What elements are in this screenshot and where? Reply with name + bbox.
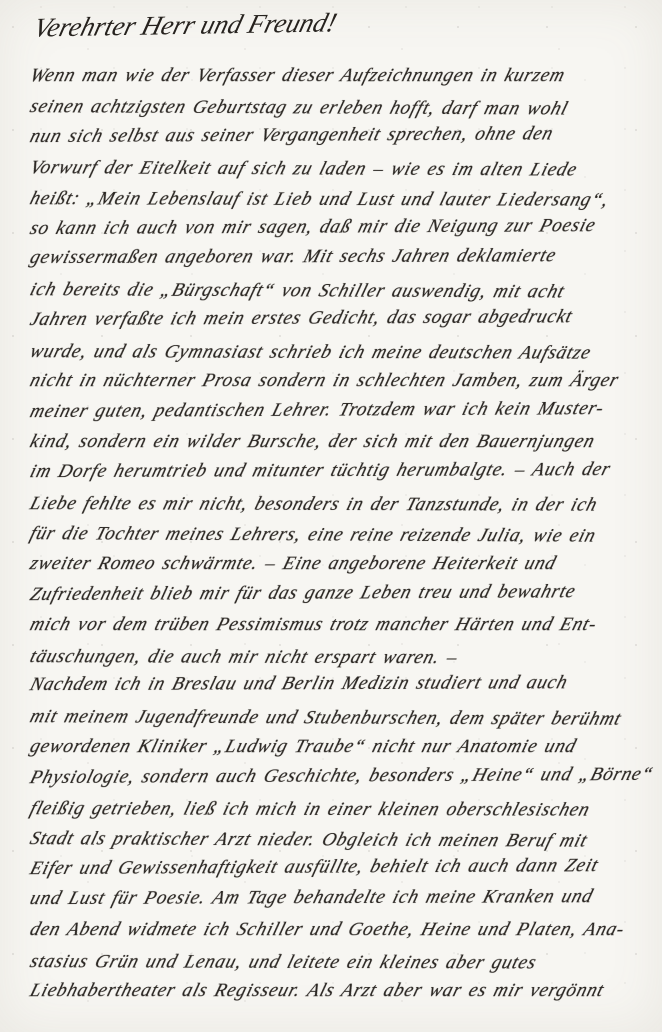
handwritten-line: stasius Grün und Lenau, und leitete ein …	[26, 947, 652, 979]
handwritten-text: Zufriedenheit blieb mir für das ganze Le…	[26, 577, 579, 610]
handwritten-text: Vorwurf der Eitelkeit auf sich zu laden …	[26, 153, 581, 186]
handwritten-line: Vorwurf der Eitelkeit auf sich zu laden …	[26, 153, 652, 186]
handwritten-line: gewissermaßen angeboren war. Mit sechs J…	[26, 241, 652, 274]
handwritten-line: fleißig getrieben, ließ ich mich in eine…	[26, 794, 652, 826]
handwritten-line: im Dorfe herumtrieb und mitunter tüchtig…	[26, 454, 652, 487]
handwritten-line: so kann ich auch von mir sagen, daß mir …	[26, 210, 652, 244]
handwritten-text: Jahren verfaßte ich mein erstes Gedicht,…	[26, 302, 576, 335]
handwritten-line: kind, sondern ein wilder Bursche, der si…	[26, 427, 652, 458]
handwritten-line: Nachdem ich in Breslau und Berlin Medizi…	[26, 668, 652, 701]
handwritten-line: nicht in nüchterner Prosa sondern in sch…	[26, 366, 652, 397]
handwritten-line: Liebhabertheater als Regisseur. Als Arzt…	[26, 976, 652, 1007]
handwritten-line: zweiter Romeo schwärmte. – Eine angebore…	[26, 549, 652, 580]
letter-page: Verehrter Herr und Freund! Wenn man wie …	[0, 0, 662, 1032]
handwritten-text: zweiter Romeo schwärmte. – Eine angebore…	[26, 549, 560, 580]
handwritten-line: mit meinem Jugendfreunde und Stubenbursc…	[26, 702, 652, 735]
handwritten-line: für die Tochter meines Lehrers, eine rei…	[26, 519, 652, 552]
handwritten-line: Physiologie, sondern auch Geschichte, be…	[26, 759, 652, 793]
handwritten-text: Liebhabertheater als Regisseur. Als Arzt…	[26, 976, 608, 1007]
handwritten-text: fleißig getrieben, ließ ich mich in eine…	[26, 794, 594, 826]
handwritten-line: gewordenen Kliniker „Ludwig Traube“ nich…	[26, 732, 652, 763]
handwritten-line: nun sich selbst aus seiner Vergangenheit…	[26, 119, 652, 153]
letter-salutation: Verehrter Herr und Freund!	[30, 7, 332, 43]
handwritten-text: und Lust für Poesie. Am Tage behandelte …	[26, 882, 597, 914]
handwritten-text: im Dorfe herumtrieb und mitunter tüchtig…	[26, 454, 614, 487]
handwritten-line: mich vor dem trüben Pessimismus trotz ma…	[26, 610, 652, 641]
handwritten-text: Eifer und Gewissenhaftigkeit ausfüllte, …	[26, 851, 602, 885]
salutation-text: Verehrter Herr und Freund!	[30, 7, 340, 43]
handwritten-text: so kann ich auch von mir sagen, daß mir …	[26, 210, 599, 244]
handwritten-text: Physiologie, sondern auch Geschichte, be…	[26, 759, 657, 793]
handwritten-text: wurde, und als Gymnasiast schrieb ich me…	[26, 337, 595, 369]
handwritten-line: Wenn man wie der Verfasser dieser Aufzei…	[26, 61, 652, 92]
handwritten-text: gewissermaßen angeboren war. Mit sechs J…	[26, 241, 560, 273]
handwritten-text: Liebe fehlte es mir nicht, besonders in …	[26, 489, 601, 521]
handwritten-text: meiner guten, pedantischen Lehrer. Trotz…	[26, 393, 608, 427]
handwritten-text: gewordenen Kliniker „Ludwig Traube“ nich…	[26, 732, 580, 763]
handwritten-text: Wenn man wie der Verfasser dieser Aufzei…	[26, 61, 569, 92]
handwritten-text: kind, sondern ein wilder Bursche, der si…	[26, 427, 599, 458]
handwritten-line: Liebe fehlte es mir nicht, besonders in …	[26, 489, 652, 521]
handwritten-line: meiner guten, pedantischen Lehrer. Trotz…	[26, 393, 652, 427]
handwritten-text: stasius Grün und Lenau, und leitete ein …	[26, 947, 540, 979]
handwritten-text: nun sich selbst aus seiner Vergangenheit…	[26, 119, 557, 152]
handwritten-text: für die Tochter meines Lehrers, eine rei…	[26, 519, 600, 552]
handwritten-text: mit meinem Jugendfreunde und Stubenbursc…	[26, 702, 625, 735]
handwritten-line: Jahren verfaßte ich mein erstes Gedicht,…	[26, 302, 652, 336]
handwritten-text: mich vor dem trüben Pessimismus trotz ma…	[26, 610, 601, 641]
handwritten-text: nicht in nüchterner Prosa sondern in sch…	[26, 366, 623, 397]
letter-body: Wenn man wie der Verfasser dieser Aufzei…	[26, 61, 652, 1007]
handwritten-line: Eifer und Gewissenhaftigkeit ausfüllte, …	[26, 851, 652, 885]
handwritten-line: und Lust für Poesie. Am Tage behandelte …	[26, 881, 652, 914]
handwritten-line: wurde, und als Gymnasiast schrieb ich me…	[26, 337, 652, 369]
handwritten-line: den Abend widmete ich Schiller und Goeth…	[26, 915, 652, 946]
handwritten-line: Zufriedenheit blieb mir für das ganze Le…	[26, 576, 652, 610]
handwritten-text: den Abend widmete ich Schiller und Goeth…	[26, 915, 628, 946]
handwritten-text: Nachdem ich in Breslau und Berlin Medizi…	[26, 668, 571, 700]
